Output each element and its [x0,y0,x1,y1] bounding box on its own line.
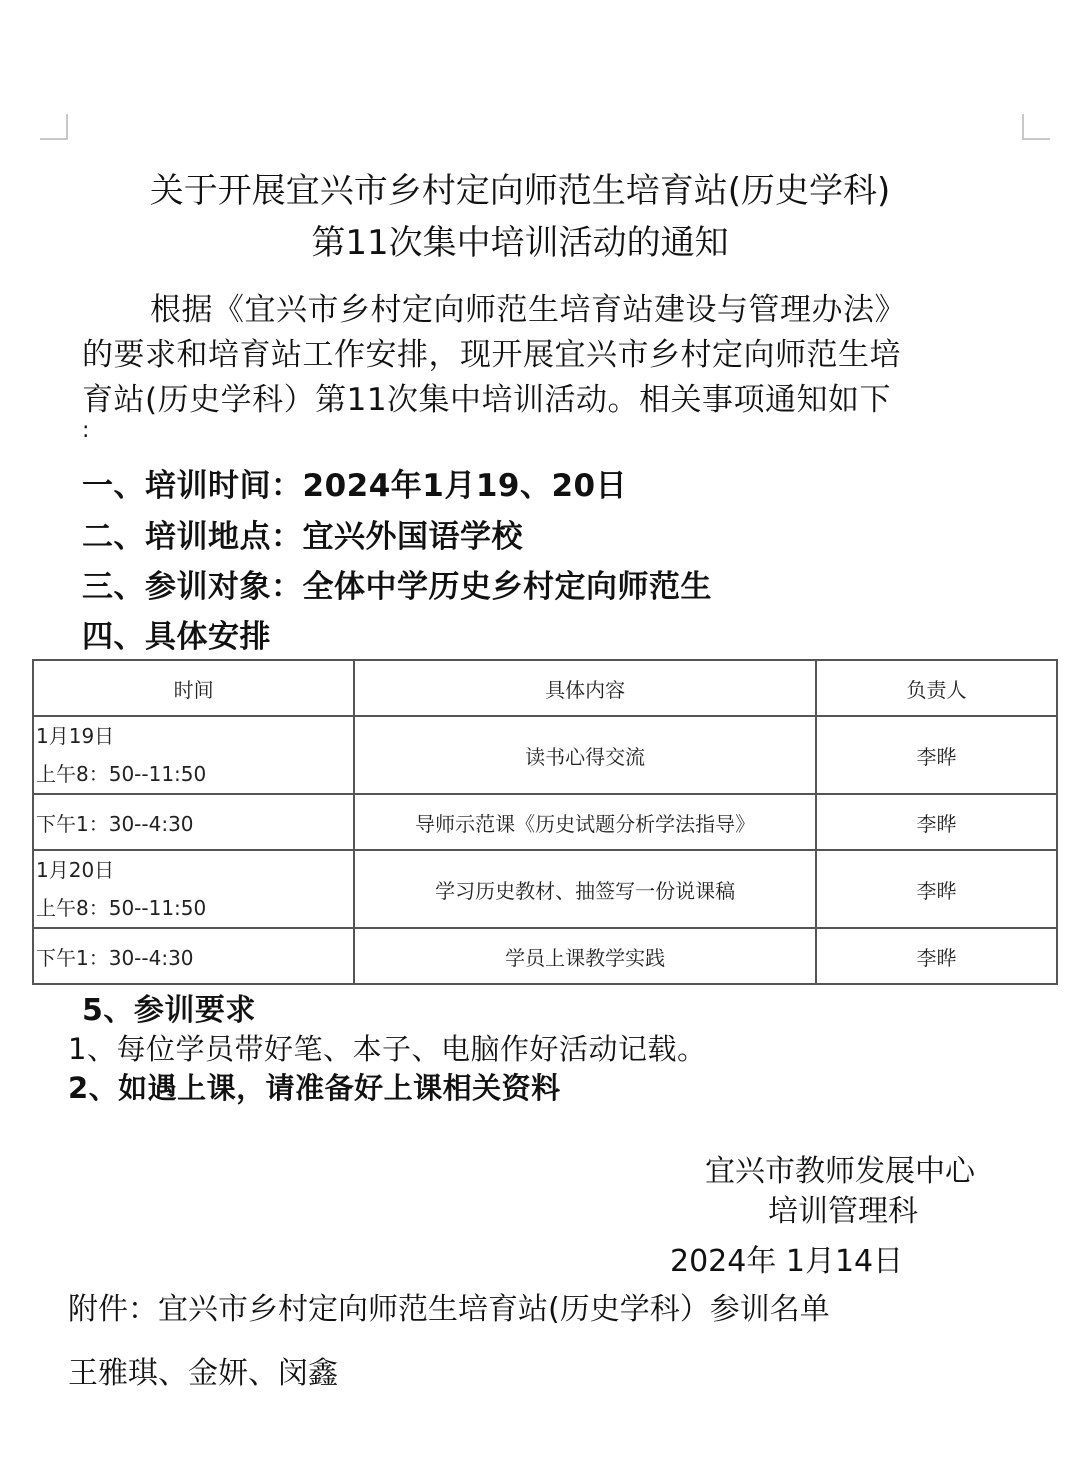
table-row: 下午1：30--4:30 学员上课教学实践 李晔 [33,928,1057,984]
requirement-item-1: 1、每位学员带好笔、本子、电脑作好活动记载。 [68,1027,706,1068]
cell-person: 李晔 [816,928,1057,984]
time-date: 1月19日 [36,717,353,755]
attachment-names: 王雅琪、金妍、闵鑫 [68,1348,338,1392]
attachment-label: 附件：宜兴市乡村定向师范生培育站(历史学科）参训名单 [68,1284,830,1328]
cell-person: 李晔 [816,794,1057,850]
header-person: 负责人 [816,660,1057,716]
cell-time: 下午1：30--4:30 [33,928,354,984]
document-title-line-1: 关于开展宜兴市乡村定向师范生培育站(历史学科) [0,163,1040,212]
page-corner-mark-top-left [40,114,68,140]
section-arrangement: 四、具体安排 [82,611,271,656]
section-value: 宜兴外国语学校 [303,519,524,555]
signature-organization: 宜兴市教师发展中心 [705,1146,975,1190]
intro-line-2: 的要求和培育站工作安排，现开展宜兴市乡村定向师范生培 [82,329,901,374]
cell-content: 学员上课教学实践 [354,928,816,984]
cell-time: 1月20日 上午8：50--11:50 [33,850,354,928]
schedule-header-row: 时间 具体内容 负责人 [33,660,1057,716]
cell-time: 下午1：30--4:30 [33,794,354,850]
time-range: 上午8：50--11:50 [36,889,353,927]
section-participants: 三、参训对象：全体中学历史乡村定向师范生 [82,561,712,606]
page-corner-mark-top-right [1022,114,1050,140]
cell-content: 导师示范课《历史试题分析学法指导》 [354,794,816,850]
time-date: 1月20日 [36,851,353,889]
section-training-location: 二、培训地点：宜兴外国语学校 [82,511,523,556]
signature-date: 2024年 1月14日 [670,1236,903,1280]
cell-person: 李晔 [816,850,1057,928]
cell-content: 读书心得交流 [354,716,816,794]
table-row: 1月19日 上午8：50--11:50 读书心得交流 李晔 [33,716,1057,794]
section-value: 全体中学历史乡村定向师范生 [303,569,713,605]
intro-line-3: 育站(历史学科）第11次集中培训活动。相关事项通知如下 [82,374,891,419]
table-row: 1月20日 上午8：50--11:50 学习历史教材、抽签写一份说课稿 李晔 [33,850,1057,928]
section-label: 四、具体安排 [82,619,271,655]
header-time: 时间 [33,660,354,716]
document-title-line-2: 第11次集中培训活动的通知 [0,215,1040,264]
requirements-heading: 5、参训要求 [82,985,256,1029]
schedule-table: 时间 具体内容 负责人 1月19日 上午8：50--11:50 读书心得交流 李… [32,659,1058,985]
section-label: 一、培训时间： [82,468,303,504]
section-value: 2024年1月19、20日 [303,468,628,504]
section-label: 三、参训对象： [82,569,303,605]
cell-content: 学习历史教材、抽签写一份说课稿 [354,850,816,928]
header-content: 具体内容 [354,660,816,716]
time-range: 上午8：50--11:50 [36,755,353,793]
section-label: 二、培训地点： [82,519,303,555]
requirement-item-2: 2、如遇上课，请准备好上课相关资料 [68,1066,561,1107]
intro-line-1: 根据《宜兴市乡村定向师范生培育站建设与管理办法》 [150,284,906,329]
cell-person: 李晔 [816,716,1057,794]
section-training-time: 一、培训时间：2024年1月19、20日 [82,460,627,505]
table-row: 下午1：30--4:30 导师示范课《历史试题分析学法指导》 李晔 [33,794,1057,850]
cell-time: 1月19日 上午8：50--11:50 [33,716,354,794]
signature-department: 培训管理科 [768,1186,918,1230]
intro-line-4: : [82,418,90,443]
